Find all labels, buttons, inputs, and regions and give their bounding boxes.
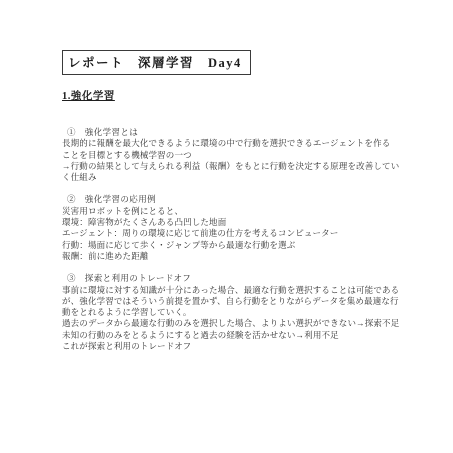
text-line: 動をとれるように学習していく。 xyxy=(62,307,407,318)
section-what-is-rl: ① 強化学習とは 長期的に報酬を最大化できるように環境の中で行動を選択できるエー… xyxy=(62,127,407,183)
text-line: 長期的に報酬を最大化できるように環境の中で行動を選択できるエージェントを作る xyxy=(62,138,407,149)
text-line: 未知の行動のみをとるようにすると過去の経験を活かせない→利用不足 xyxy=(62,330,407,341)
report-title-box: レポート 深層学習 Day4 xyxy=(62,50,251,75)
text-line: 過去のデータから最適な行動のみを選択した場合、よりよい選択ができない→探索不足 xyxy=(62,318,407,329)
document-content: レポート 深層学習 Day4 1.強化学習 ① 強化学習とは 長期的に報酬を最大… xyxy=(62,50,407,352)
chapter-heading: 1.強化学習 xyxy=(62,88,407,103)
text-line: 環境：障害物がたくさんある凸凹した地面 xyxy=(62,217,407,228)
text-line: 行動：場面に応じて歩く・ジャンプ等から最適な行動を選ぶ xyxy=(62,240,407,251)
section-heading: ③ 探索と利用のトレードオフ xyxy=(62,273,407,284)
text-line: これが探索と利用のトレードオフ xyxy=(62,341,407,352)
text-line: が、強化学習ではそういう前提を置かず、自ら行動をとりながらデータを集め最適な行 xyxy=(62,296,407,307)
document-page: レポート 深層学習 Day4 1.強化学習 ① 強化学習とは 長期的に報酬を最大… xyxy=(0,0,453,453)
text-line: 事前に環境に対する知識が十分にあった場合、最適な行動を選択することは可能である xyxy=(62,285,407,296)
section-heading: ② 強化学習の応用例 xyxy=(62,194,407,205)
text-line: →行動の結果として与えられる利益（報酬）をもとに行動を決定する原理を改善してい xyxy=(62,161,407,172)
text-line: 報酬：前に進めた距離 xyxy=(62,251,407,262)
section-exploration-exploitation-tradeoff: ③ 探索と利用のトレードオフ 事前に環境に対する知識が十分にあった場合、最適な行… xyxy=(62,273,407,352)
report-title: レポート 深層学習 Day4 xyxy=(68,56,242,70)
text-line: エージェント：周りの環境に応じて前進の仕方を考えるコンピューター xyxy=(62,228,407,239)
text-line: 災害用ロボットを例にとると、 xyxy=(62,206,407,217)
section-rl-applications: ② 強化学習の応用例 災害用ロボットを例にとると、 環境：障害物がたくさんある凸… xyxy=(62,194,407,262)
text-line: ことを目標とする機械学習の一つ xyxy=(62,150,407,161)
section-heading: ① 強化学習とは xyxy=(62,127,407,138)
text-line: く仕組み xyxy=(62,172,407,183)
